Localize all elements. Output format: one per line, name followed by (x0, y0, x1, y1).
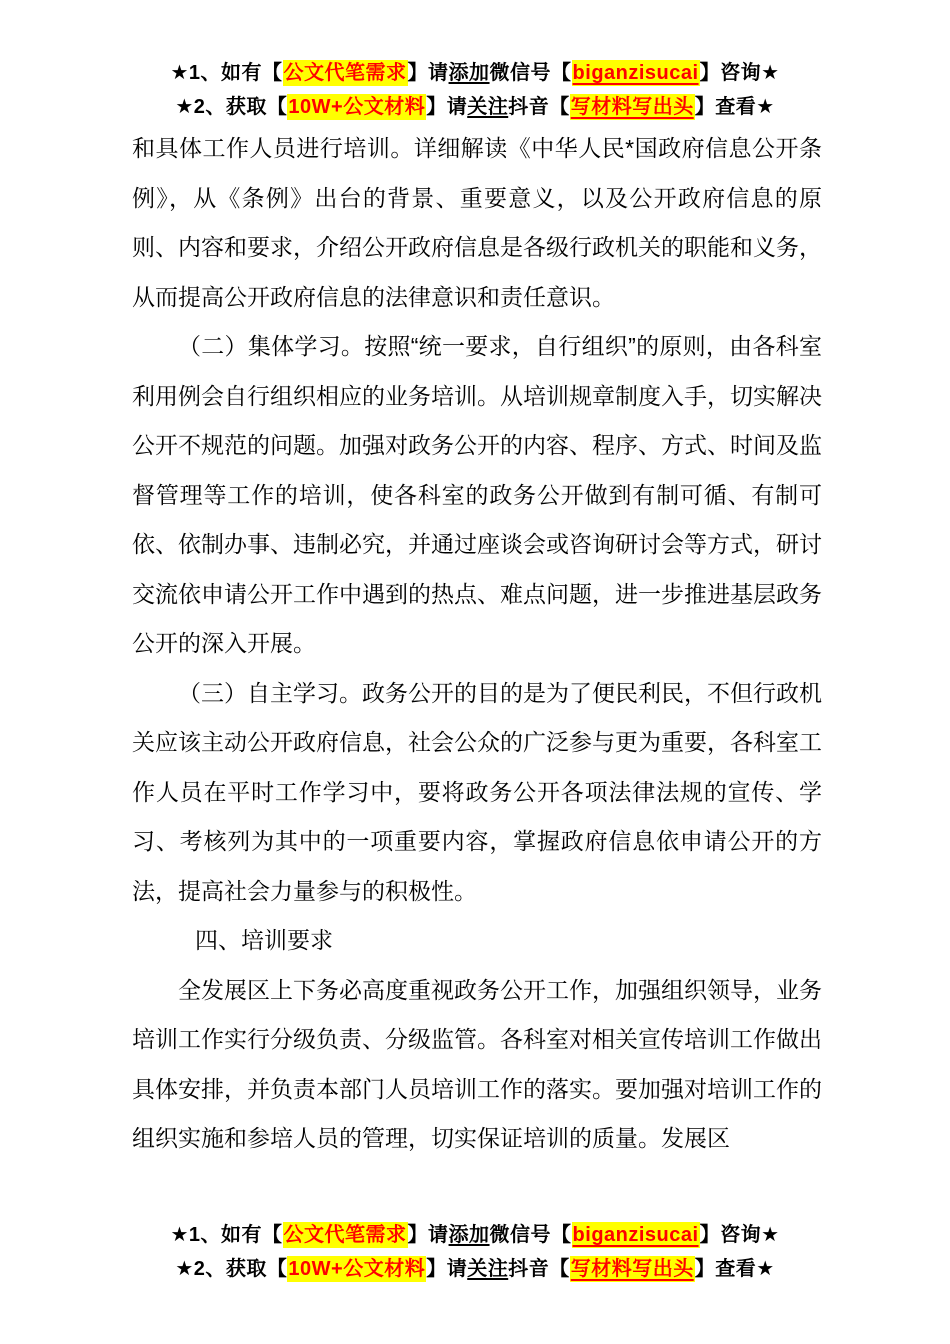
promo-text: 】请 (408, 62, 449, 84)
promo-text: ★1、如有【 (170, 1224, 282, 1246)
highlight-10w-materials: 10W+公文材料 (287, 94, 426, 120)
underline-follow-action: 关注 (467, 1258, 508, 1280)
promo-text: 】请 (426, 96, 467, 118)
underline-add-action: 添加 (449, 1224, 490, 1246)
promo-text: 】咨询★ (700, 62, 780, 84)
paragraph-continuation: 和具体工作人员进行培训。详细解读《中华人民*国政府信息公开条例》，从《条例》出台… (132, 124, 822, 322)
highlight-wechat-id: biganzisucai (572, 1222, 700, 1248)
promo-text: 抖音【 (508, 96, 570, 118)
header-promo: ★1、如有【公文代笔需求】请添加微信号【biganzisucai】咨询★ ★2、… (0, 0, 950, 124)
promo-text: 】查看★ (695, 1258, 775, 1280)
promo-text: ★2、获取【 (175, 1258, 287, 1280)
promo-text: 抖音【 (508, 1258, 570, 1280)
paragraph-training-requirements: 全发展区上下务必高度重视政务公开工作，加强组织领导，业务培训工作实行分级负责、分… (132, 966, 822, 1164)
promo-text: ★2、获取【 (175, 96, 287, 118)
document-page: ★1、如有【公文代笔需求】请添加微信号【biganzisucai】咨询★ ★2、… (0, 0, 950, 1344)
promo-text: 】请 (426, 1258, 467, 1280)
paragraph-self-study: （三）自主学习。政务公开的目的是为了便民利民，不但行政机关应该主动公开政府信息，… (132, 669, 822, 917)
highlight-gongwen-need: 公文代笔需求 (283, 60, 408, 86)
promo-text: 】查看★ (695, 96, 775, 118)
header-promo-line-2: ★2、获取【10W+公文材料】请关注抖音【写材料写出头】查看★ (0, 90, 950, 124)
paragraph-collective-study: （二）集体学习。按照“统一要求，自行组织”的原则，由各科室利用例会自行组织相应的… (132, 322, 822, 669)
highlight-10w-materials: 10W+公文材料 (287, 1256, 426, 1282)
highlight-gongwen-need: 公文代笔需求 (283, 1222, 408, 1248)
highlight-douyin-name: 写材料写出头 (570, 94, 695, 120)
highlight-douyin-name: 写材料写出头 (570, 1256, 695, 1282)
promo-text: 】咨询★ (700, 1224, 780, 1246)
footer-promo: ★1、如有【公文代笔需求】请添加微信号【biganzisucai】咨询★ ★2、… (0, 1218, 950, 1286)
underline-add-action: 添加 (449, 62, 490, 84)
footer-promo-line-1: ★1、如有【公文代笔需求】请添加微信号【biganzisucai】咨询★ (0, 1218, 950, 1252)
header-promo-line-1: ★1、如有【公文代笔需求】请添加微信号【biganzisucai】咨询★ (0, 56, 950, 90)
underline-follow-action: 关注 (467, 96, 508, 118)
footer-promo-line-2: ★2、获取【10W+公文材料】请关注抖音【写材料写出头】查看★ (0, 1252, 950, 1286)
promo-text: 微信号【 (490, 1224, 572, 1246)
promo-text: 微信号【 (490, 62, 572, 84)
document-body: 和具体工作人员进行培训。详细解读《中华人民*国政府信息公开条例》，从《条例》出台… (132, 124, 822, 1164)
section-heading-training-requirements: 四、培训要求 (132, 916, 822, 966)
highlight-wechat-id: biganzisucai (572, 60, 700, 86)
promo-text: ★1、如有【 (170, 62, 282, 84)
promo-text: 】请 (408, 1224, 449, 1246)
